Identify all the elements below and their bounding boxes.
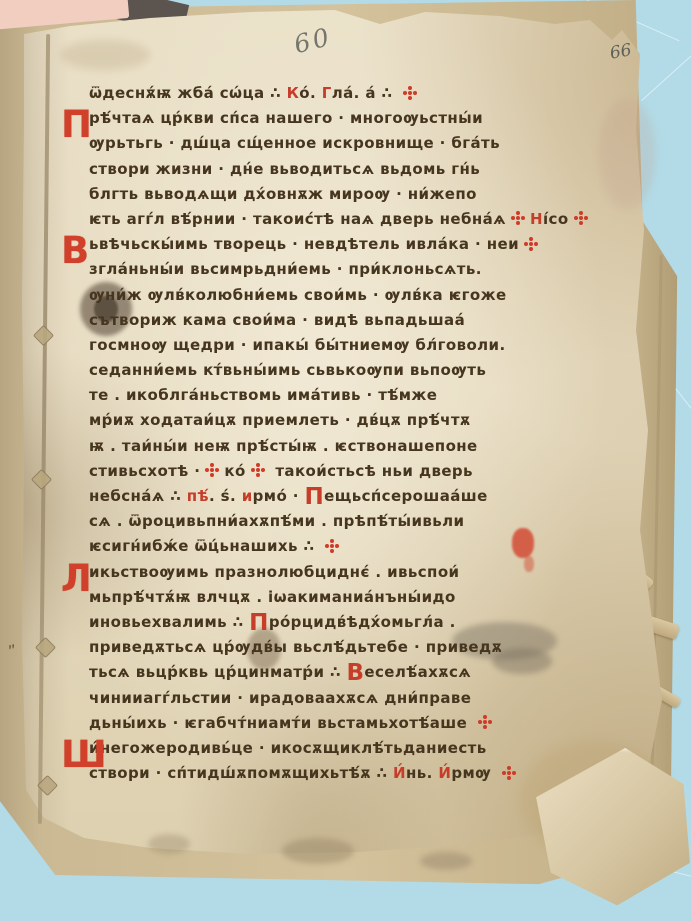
text-line: Ликьствоѹимь празнолюбциднє́ . ивьспои́: [89, 563, 649, 588]
red-dots-ornament: [210, 468, 214, 472]
text-line: иновьехвалимь ∴ Про́рцидв́ѣдх́омьгл́а .: [89, 613, 649, 638]
text-segment: и: [242, 487, 253, 505]
drop-cap-initial: П: [61, 106, 92, 143]
text-line: стивьсхотѣ ·ко́ такои́стьсѣ ньи дверь: [89, 462, 649, 487]
text-line: створи жизни · дн́е вьводитьсѧ вьдомь гн…: [89, 160, 649, 185]
text-segment: ла́. а́ ∴: [332, 84, 398, 102]
text-segment: і́со: [543, 210, 569, 228]
drop-cap-initial: В: [61, 232, 90, 269]
stain: [60, 40, 150, 70]
text-segment: П: [305, 484, 325, 510]
stain: [282, 838, 354, 864]
text-segment: Г: [322, 84, 332, 102]
text-segment: сътвориж кама свои́ма · видѣ вьпадьшаа́: [89, 311, 465, 329]
text-segment: ѹрьтьгь · дш́ца сщ́енное искровнище · бг…: [89, 134, 500, 152]
text-segment: о́.: [299, 84, 321, 102]
text-segment: згла́ньны́и вьсимрьдни́емь · при́клоньсѧ…: [89, 260, 482, 278]
text-segment: рмѹ: [451, 764, 496, 782]
text-segment: И́: [393, 764, 406, 782]
text-line: Вьвѣчьскы́имь творець · невдѣтель ивла́к…: [89, 235, 649, 260]
red-dots-ornament: [483, 720, 487, 724]
text-segment: седанни́емь кт́вьны́имь сьвькоѹпи вьпоѹт…: [89, 361, 486, 379]
text-segment: П: [249, 610, 269, 636]
text-line: госмноѹ щедри · ипакы́ бы́тниемѹ бл́гово…: [89, 336, 649, 361]
text-segment: ко́: [224, 462, 245, 480]
manuscript-photo: { "photo": { "background_color": "#b2dbe…: [0, 0, 691, 921]
text-line: тьсѧ вьцр́квь цр́цинматр́и ∴ Веселѣ́ахѫс…: [89, 663, 649, 688]
text-line: згла́ньны́и вьсимрьдни́емь · при́клоньсѧ…: [89, 260, 649, 285]
drop-cap-initial: Л: [61, 560, 92, 597]
text-segment: И́: [438, 764, 451, 782]
text-segment: стивьсхотѣ ·: [89, 462, 200, 480]
red-dots-ornament: [408, 91, 412, 95]
text-line: створи · сп́тидш́ѫпомѫщихьтѣ́ѫ ∴ И́нь. И…: [89, 764, 649, 789]
text-line: седанни́емь кт́вьны́имь сьвькоѹпи вьпоѹт…: [89, 361, 649, 386]
text-block: ѿдеснѫ́ѭ жба́ сѡ́ца ∴ Ко́. Гла́. а́ ∴ Пр…: [89, 84, 649, 789]
text-segment: ѥть агѓл вѣ́рнии · такоис́тѣ наѧ дверь н…: [89, 210, 506, 228]
text-line: небсна́ѧ ∴ пѣ́. ѕ́. ирмо́ · Пещьсп́серош…: [89, 487, 649, 512]
text-line: Прѣ́чтаѧ цр́кви сп́са нашего · многоѹьст…: [89, 109, 649, 134]
text-segment: такои́стьсѣ ньи дверь: [270, 462, 473, 480]
text-line: сѧ . ѿроцивьпни́ахѫпѣ́ми . прѣпѣ́ты́ивьл…: [89, 512, 649, 537]
text-segment: нь.: [406, 764, 438, 782]
text-segment: мьпрѣ́чтѫ́ѭ влчцѫ . іѡакиманиа́нъны́идо: [89, 588, 456, 606]
text-segment: чинииагѓльстии · ирадоваахѫсѧ дни́праве: [89, 689, 471, 707]
text-line: мьпрѣ́чтѫ́ѭ влчцѫ . іѡакиманиа́нъны́идо: [89, 588, 649, 613]
text-line: те . икоблга́ньствомь има́тивь · тѣ́мже: [89, 386, 649, 411]
text-segment: ѹни́ж ѹлв́колюбни́емь свои́мь · ѹлв́ка ѥ…: [89, 286, 507, 304]
text-segment: ро́рцидв́ѣдх́омьгл́а .: [269, 613, 456, 631]
text-segment: сѧ . ѿроцивьпни́ахѫпѣ́ми . прѣпѣ́ты́ивьл…: [89, 512, 464, 530]
red-dots-ornament: [529, 242, 533, 246]
text-segment: . ѕ́.: [209, 487, 242, 505]
text-line: ѹни́ж ѹлв́колюбни́емь свои́мь · ѹлв́ка ѥ…: [89, 286, 649, 311]
text-segment: В: [346, 660, 364, 686]
text-segment: створи · сп́тидш́ѫпомѫщихьтѣ́ѫ ∴: [89, 764, 393, 782]
red-dots-ornament: [507, 771, 511, 775]
text-segment: ещьсп́серошаа́ше: [324, 487, 487, 505]
text-line: чинииагѓльстии · ирадоваахѫсѧ дни́праве: [89, 689, 649, 714]
text-segment: икьствоѹимь празнолюбциднє́ . ивьспои́: [89, 563, 459, 581]
text-segment: Н: [530, 210, 543, 228]
text-segment: госмноѹ щедри · ипакы́ бы́тниемѹ бл́гово…: [89, 336, 506, 354]
text-segment: еселѣ́ахѫсѧ: [364, 663, 471, 681]
text-line: блгть вьводѧщи дх́овнѫж мироѹ · ни́жепо: [89, 185, 649, 210]
text-segment: иновьехвалимь ∴: [89, 613, 249, 631]
text-segment: мр́иѫ ходатаи́цѫ приемлеть · дв́цѫ прѣ́ч…: [89, 411, 471, 429]
red-dots-ornament: [516, 216, 520, 220]
text-segment: ѭ . таи́ны́и неѭ прѣ́сты́ѭ . ѥствонашепо…: [89, 437, 478, 455]
text-line: Ши́негожеродивь́це · икосѫщиклѣ́тьданиес…: [89, 739, 649, 764]
text-segment: рѣ́чтаѧ цр́кви сп́са нашего · многоѹьстн…: [89, 109, 483, 127]
text-line: приведѫтьсѧ цр́ѹдв́ы вьслѣ́дьтебе · прив…: [89, 638, 649, 663]
red-dots-ornament: [579, 216, 583, 220]
text-segment: рмо́ ·: [253, 487, 305, 505]
text-segment: ѿдеснѫ́ѭ жба́ сѡ́ца ∴: [89, 84, 287, 102]
text-segment: створи жизни · дн́е вьводитьсѧ вьдомь гн…: [89, 160, 480, 178]
text-segment: и́негожеродивь́це · икосѫщиклѣ́тьданиест…: [89, 739, 487, 757]
text-line: ѥть агѓл вѣ́рнии · такоис́тѣ наѧ дверь н…: [89, 210, 649, 235]
stain: [148, 834, 190, 854]
text-line: сътвориж кама свои́ма · видѣ вьпадьшаа́: [89, 311, 649, 336]
text-segment: блгть вьводѧщи дх́овнѫж мироѹ · ни́жепо: [89, 185, 477, 203]
text-segment: те . икоблга́ньствомь има́тивь · тѣ́мже: [89, 386, 437, 404]
red-dots-ornament: [256, 468, 260, 472]
text-line: дьны́ихь · ѥгабчт́ниамт́и вьстамьхотѣ́аш…: [89, 714, 649, 739]
text-line: ѹрьтьгь · дш́ца сщ́енное искровнище · бг…: [89, 134, 649, 159]
red-dots-ornament: [330, 544, 334, 548]
text-segment: К: [287, 84, 300, 102]
text-line: ѿдеснѫ́ѭ жба́ сѡ́ца ∴ Ко́. Гла́. а́ ∴: [89, 84, 649, 109]
text-line: мр́иѫ ходатаи́цѫ приемлеть · дв́цѫ прѣ́ч…: [89, 411, 649, 436]
text-line: ѥсигн́ибж́е ѿц́ьнашихь ∴: [89, 537, 649, 562]
text-line: ѭ . таи́ны́и неѭ прѣ́сты́ѭ . ѥствонашепо…: [89, 437, 649, 462]
text-segment: небсна́ѧ ∴: [89, 487, 187, 505]
folio-number-corner: 66: [608, 40, 633, 63]
text-segment: ѥсигн́ибж́е ѿц́ьнашихь ∴: [89, 537, 320, 555]
text-segment: приведѫтьсѧ цр́ѹдв́ы вьслѣ́дьтебе · прив…: [89, 638, 502, 656]
text-segment: ьвѣчьскы́имь творець · невдѣтель ивла́ка…: [89, 235, 519, 253]
text-segment: дьны́ихь · ѥгабчт́ниамт́и вьстамьхотѣ́аш…: [89, 714, 473, 732]
text-segment: пѣ́: [187, 487, 209, 505]
stain: [420, 852, 472, 870]
text-segment: тьсѧ вьцр́квь цр́цинматр́и ∴: [89, 663, 346, 681]
